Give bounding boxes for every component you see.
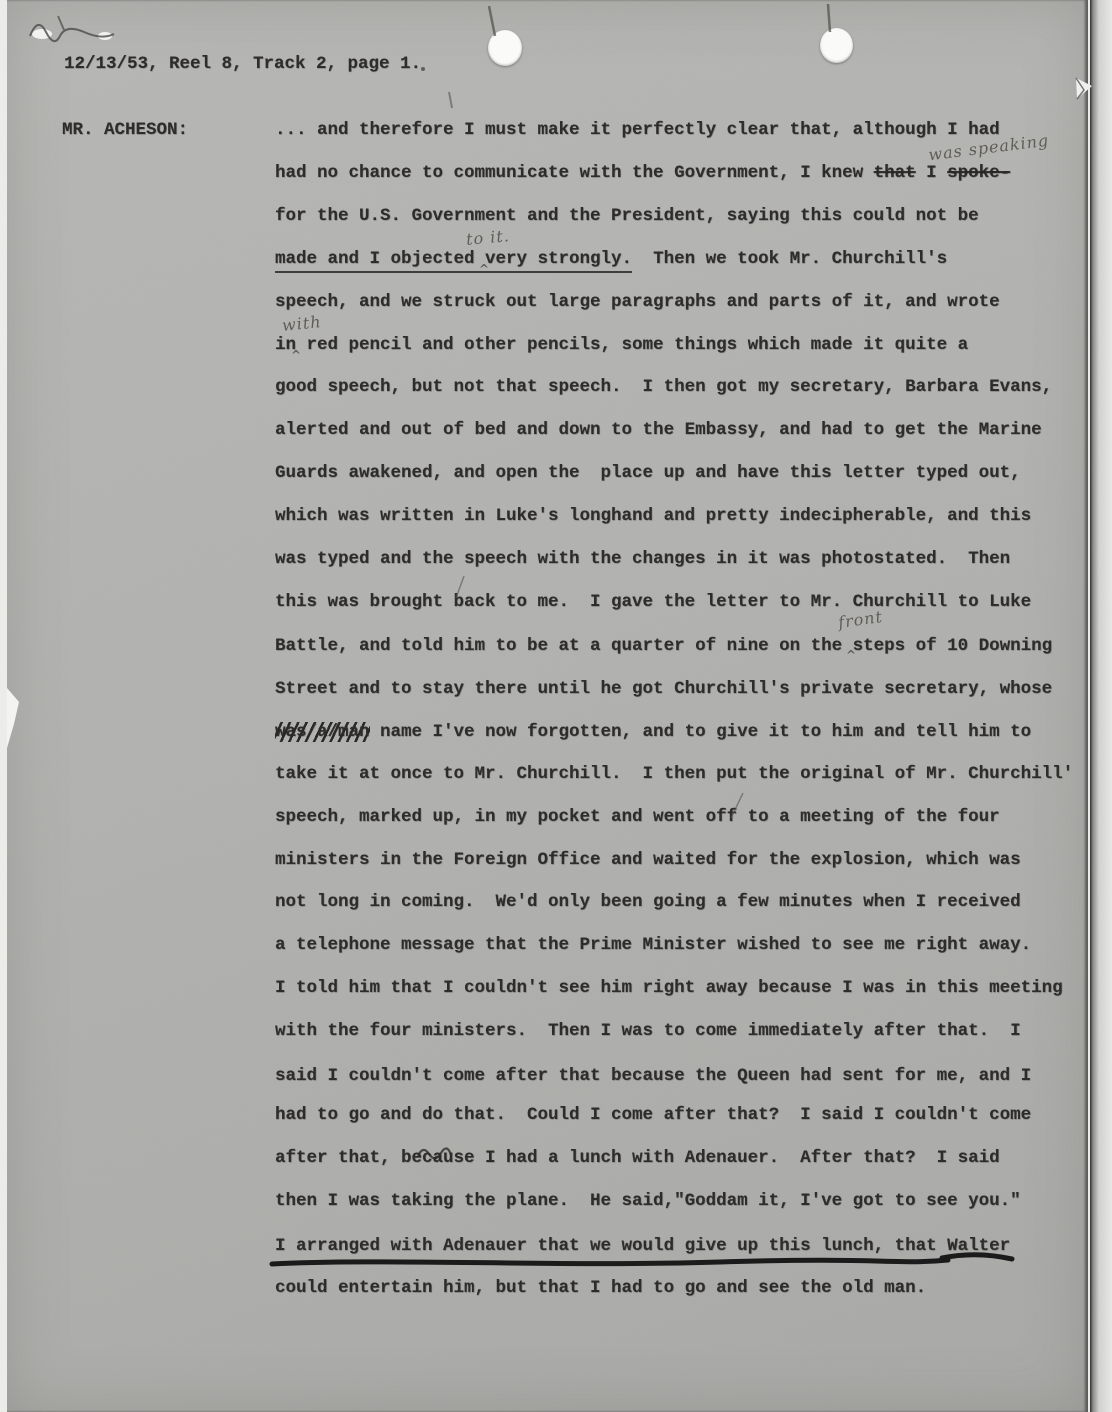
handwriting-to-it: to it. [465, 226, 510, 249]
typed-text: ... and therefore I must make it perfect… [275, 120, 1000, 140]
transcript-line: Guards awakened, and open the place up a… [275, 461, 1021, 485]
slash-struck-text: was/a/man [275, 722, 370, 742]
transcript-line: in red pencil and other pencils, some th… [275, 333, 968, 357]
typed-text: a telephone message that the Prime Minis… [275, 935, 1031, 955]
transcript-line: had no chance to communicate with the Go… [275, 161, 1010, 185]
punch-hole-left [488, 30, 522, 66]
typed-text: good speech, but not that speech. I then… [275, 377, 1052, 397]
scanned-transcript-page: { "page": { "header": "12/13/53, Reel 8,… [0, 0, 1112, 1412]
typed-text: said I couldn't come after that because … [275, 1066, 1031, 1086]
typed-text: this was brought back to me. I gave the … [275, 592, 1031, 612]
typed-text: which was written in Luke's longhand and… [275, 506, 1031, 526]
transcript-line: ... and therefore I must make it perfect… [275, 118, 1000, 142]
transcript-line: speech, marked up, in my pocket and went… [275, 805, 1000, 829]
transcript-line: a telephone message that the Prime Minis… [275, 933, 1031, 957]
transcript-line: had to go and do that. Could I come afte… [275, 1103, 1031, 1127]
transcript-line: for the U.S. Government and the Presiden… [275, 204, 979, 228]
insertion-caret: ^ [846, 648, 856, 662]
scan-edge-right [1090, 0, 1112, 1412]
typed-text: I told him that I couldn't see him right… [275, 978, 1063, 998]
underscored-text: made and I objected very strongly. [275, 249, 632, 273]
typed-text: in red pencil and other pencils, some th… [275, 335, 968, 355]
typed-text: speech, and we struck out large paragrap… [275, 292, 1000, 312]
transcript-line: said I couldn't come after that because … [275, 1064, 1031, 1088]
punch-hole-right [820, 28, 853, 63]
insertion-caret: ^ [291, 348, 301, 362]
transcript-line: this was brought back to me. I gave the … [275, 590, 1031, 614]
transcript-line: after that, because I had a lunch with A… [275, 1146, 1000, 1170]
typed-text: Street and to stay there until he got Ch… [275, 679, 1052, 699]
page-header: 12/13/53, Reel 8, Track 2, page 1. [64, 52, 421, 76]
pen-underlined-word: Walter [947, 1236, 1010, 1256]
typed-text: ministers in the Foreign Office and wait… [275, 850, 1021, 870]
struck-text: spoke- [947, 163, 1010, 183]
typed-text: speech, marked up, in my pocket and went… [275, 807, 1000, 827]
transcript-line: Street and to stay there until he got Ch… [275, 677, 1052, 701]
typed-text: for the U.S. Government and the Presiden… [275, 206, 979, 226]
typed-text: take it at once to Mr. Churchill. I then… [275, 764, 1073, 784]
typed-text: I [916, 163, 948, 183]
transcript-line: alerted and out of bed and down to the E… [275, 418, 1042, 442]
transcript-line: I told him that I couldn't see him right… [275, 976, 1063, 1000]
transcript-line: was typed and the speech with the change… [275, 547, 1010, 571]
typed-text: Battle, and told him to be at a quarter … [275, 636, 1052, 656]
transcript-line: then I was taking the plane. He said,"Go… [275, 1189, 1021, 1213]
typed-text: was typed and the speech with the change… [275, 549, 1010, 569]
typed-text: with the four ministers. Then I was to c… [275, 1021, 1021, 1041]
typed-text: after that, because I had a lunch with A… [275, 1148, 1000, 1168]
transcript-line: was/a/man name I've now forgotten, and t… [275, 720, 1031, 744]
transcript-line: with the four ministers. Then I was to c… [275, 1019, 1021, 1043]
transcript-line: made and I objected very strongly. Then … [275, 247, 947, 271]
typed-text: had no chance to communicate with the Go… [275, 163, 874, 183]
transcript-line: not long in coming. We'd only been going… [275, 890, 1021, 914]
transcript-line: I arranged with Adenauer that we would g… [275, 1234, 1010, 1258]
transcript-line: ministers in the Foreign Office and wait… [275, 848, 1021, 872]
insertion-caret: ^ [479, 262, 489, 276]
transcript-line: could entertain him, but that I had to g… [275, 1276, 926, 1300]
typed-text: had to go and do that. Could I come afte… [275, 1105, 1031, 1125]
typed-text: Then we took Mr. Churchill's [632, 249, 947, 269]
transcript-line: Battle, and told him to be at a quarter … [275, 634, 1052, 658]
typed-text: name I've now forgotten, and to give it … [370, 722, 1032, 742]
typed-text: then I was taking the plane. He said,"Go… [275, 1191, 1021, 1211]
transcript-line: which was written in Luke's longhand and… [275, 504, 1031, 528]
typed-text: not long in coming. We'd only been going… [275, 892, 1021, 912]
speaker-label: MR. ACHESON: [62, 118, 188, 142]
struck-text: that [874, 163, 916, 183]
transcript-line: take it at once to Mr. Churchill. I then… [275, 762, 1073, 786]
transcript-line: speech, and we struck out large paragrap… [275, 290, 1000, 314]
typed-text: could entertain him, but that I had to g… [275, 1278, 926, 1298]
pen-underlined-text: I arranged with Adenauer that we would g… [275, 1236, 947, 1256]
typed-text: Guards awakened, and open the place up a… [275, 463, 1021, 483]
typed-text: alerted and out of bed and down to the E… [275, 420, 1042, 440]
transcript-line: good speech, but not that speech. I then… [275, 375, 1052, 399]
